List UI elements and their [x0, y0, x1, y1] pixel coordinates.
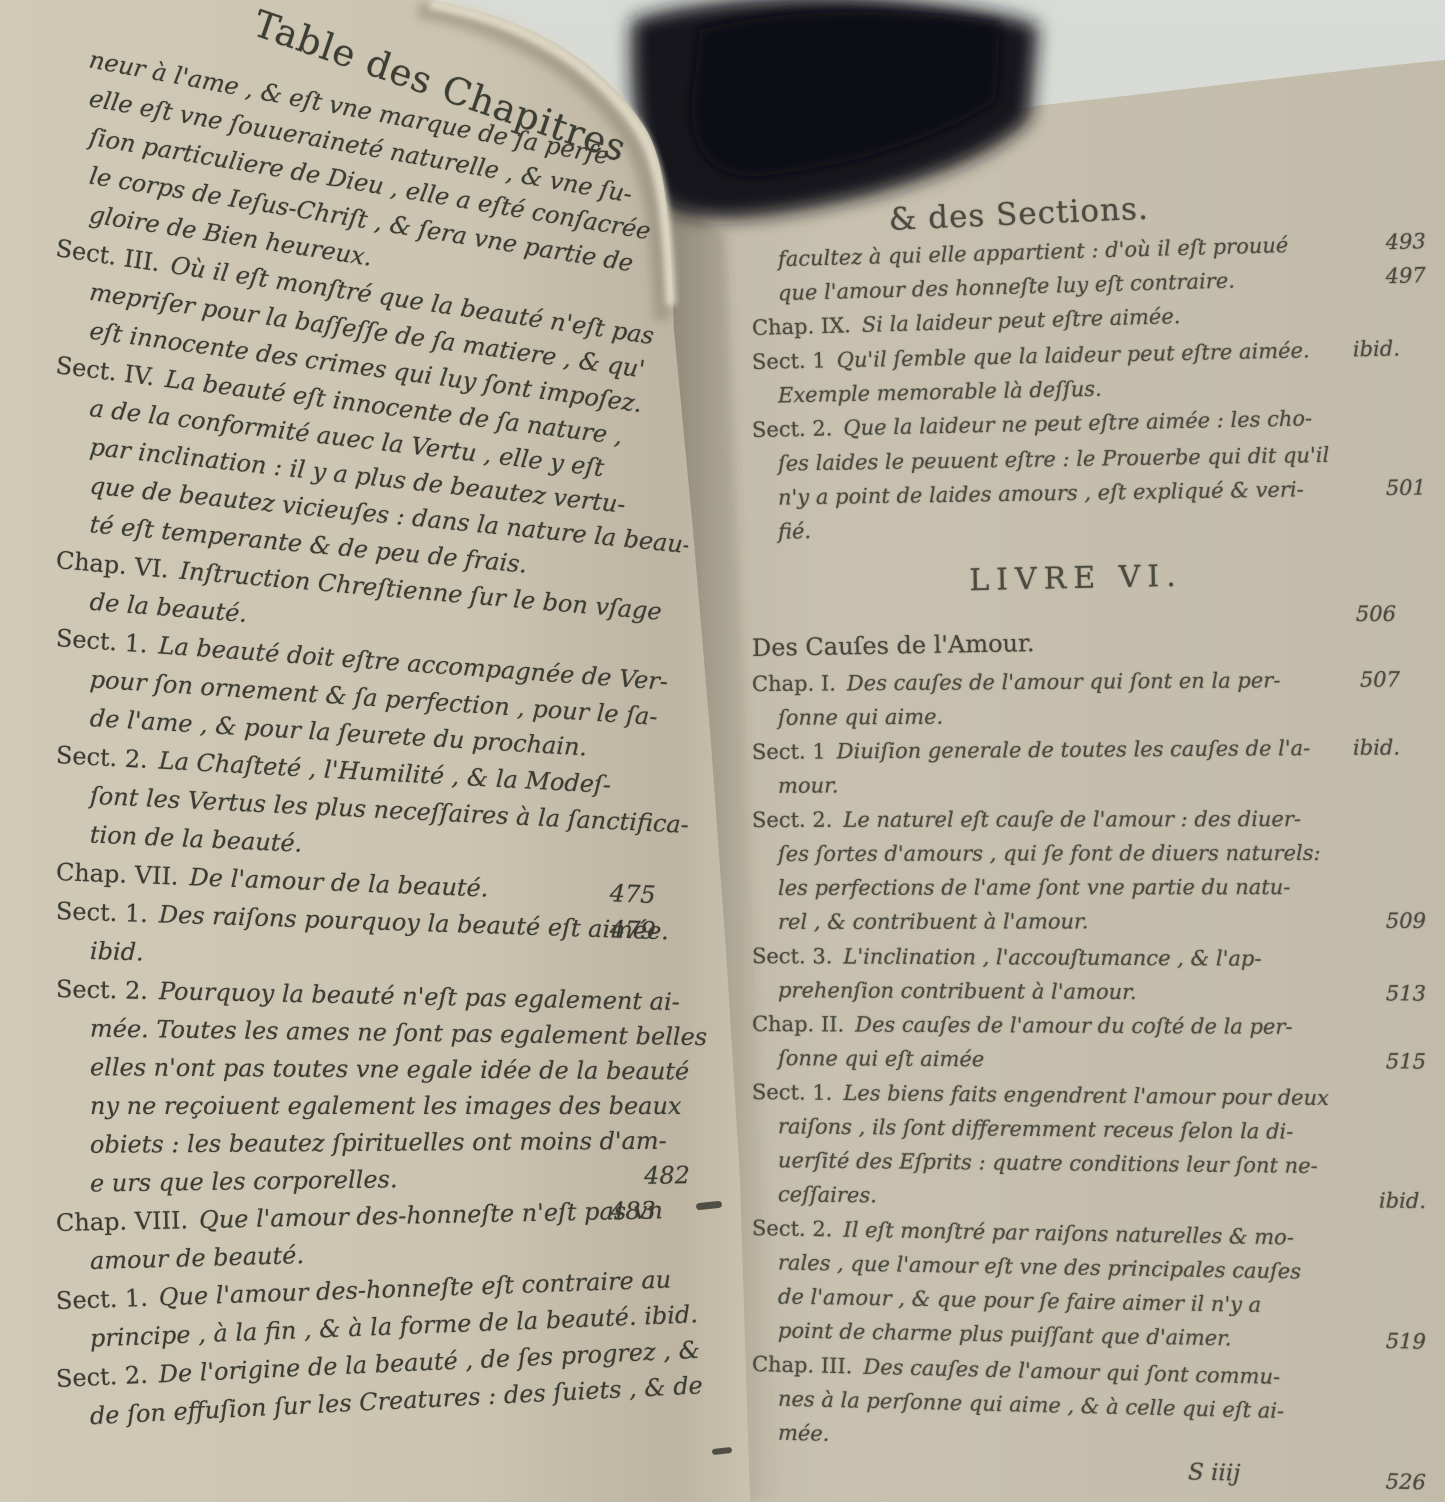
entry-text: ſonne qui eſt aimée: [778, 1046, 984, 1071]
entry-text: Exemple memorable là deſſus.: [778, 377, 1102, 408]
entry-text: Diuiſion generale de toutes les cauſes d…: [837, 736, 1311, 763]
entry-text: les perfections de l'ame ſont vne partie…: [778, 875, 1290, 900]
entry-page-number: 513: [1386, 976, 1426, 1010]
entry-label: Sect. 2.: [752, 808, 832, 832]
entry-text: mée. Toutes les ames ne ſont pas egaleme…: [90, 1014, 707, 1051]
book-photo: Table des Chapitres neur à l'ame , & eſt…: [0, 0, 1445, 1502]
toc-line: rel , & contribuent à l'amour.509: [752, 904, 1426, 939]
entry-text: obiets : les beautez ſpirituelles ont mo…: [90, 1127, 667, 1159]
toc-line: Sect. 2.Le naturel eſt cauſe de l'amour …: [752, 802, 1400, 837]
entry-text: L'inclination , l'accouſtumance , & l'ap…: [843, 944, 1261, 970]
entry-label: Sect. 1.: [752, 1080, 833, 1105]
entry-label: Sect. 2.: [55, 741, 148, 774]
entry-label: Chap. III.: [752, 1352, 853, 1378]
entry-label: Sect. IV.: [54, 351, 156, 391]
entry-text: uerſité des Eſprits : quatre conditions …: [778, 1148, 1318, 1178]
entry-page-number: 475: [609, 874, 656, 915]
toc-line: mour.: [752, 764, 1426, 803]
toc-line: prehenſion contribuent à l'amour.513: [752, 973, 1426, 1011]
entry-label: Sect. 2.: [752, 1216, 833, 1241]
ink-mark: [696, 1201, 723, 1211]
entry-label: Sect. 2.: [55, 1361, 148, 1393]
entry-page-number: 482: [644, 1156, 690, 1196]
entry-page-number: 509: [1386, 904, 1426, 938]
right-page-toc-top: facultez à qui elle appartient : d'où il…: [752, 243, 1400, 549]
entry-label: Sect. 1: [752, 348, 826, 374]
entry-label: Sect. 1.: [56, 897, 149, 928]
toc-line: Chap. I.Des cauſes de l'amour qui ſont e…: [752, 662, 1400, 701]
entry-text: Il eſt monſtré par raiſons naturelles & …: [843, 1218, 1294, 1250]
right-page-toc-bottom: Chap. I.Des cauſes de l'amour qui ſont e…: [752, 667, 1400, 1483]
toc-line: elles n'ont pas toutes vne egale idée de…: [56, 1048, 690, 1091]
entry-text: ny ne reçoiuent egalement les images des…: [90, 1092, 681, 1120]
ink-mark: [712, 1447, 733, 1455]
entry-text: Qu'il ſemble que la laideur peut eſtre a…: [836, 338, 1309, 372]
entry-text: mour.: [778, 773, 839, 797]
toc-line: Chap. II.Des cauſes de l'amour du coſté …: [752, 1007, 1400, 1044]
left-page-toc: neur à l'ame , & eſt vne marque de ſa pe…: [56, 34, 656, 1438]
entry-label: Sect. 2.: [56, 975, 148, 1005]
entry-label: Sect. 1: [752, 739, 826, 764]
entry-text: Le naturel eſt cauſe de l'amour : des di…: [843, 807, 1301, 832]
entry-text: fié.: [778, 519, 811, 544]
toc-line: ſonne qui aime.: [752, 696, 1426, 735]
entry-text: prehenſion contribuent à l'amour.: [778, 978, 1137, 1004]
entry-text: de la beauté.: [89, 588, 248, 628]
entry-page-number: ibid.: [1353, 331, 1401, 366]
entry-page-number: 519: [1386, 1324, 1427, 1359]
entry-label: Chap. VIII.: [56, 1206, 189, 1237]
entry-label: Chap. IX.: [752, 313, 851, 340]
entry-page-number: 515: [1386, 1044, 1426, 1078]
entry-label: Chap. II.: [752, 1012, 844, 1036]
gathering-signature: S iiij: [1188, 1459, 1241, 1486]
entry-text: rales , que l'amour eſt vne des principa…: [778, 1250, 1301, 1283]
entry-text: Des cauſes de l'amour qui ſont en la per…: [847, 668, 1281, 695]
entry-text: ſonne qui aime.: [778, 705, 943, 730]
entry-text: Que la laideur ne peut eſtre aimée : les…: [843, 406, 1312, 440]
entry-label: Chap. VII.: [55, 858, 179, 891]
entry-page-number: 479: [609, 910, 656, 950]
entry-text: n'y a point de laides amours , eſt expli…: [778, 477, 1304, 509]
entry-text: point de charme plus puiſſant que d'aime…: [778, 1318, 1232, 1350]
entry-label: Sect. 2.: [752, 416, 833, 442]
entry-text: tion de la beauté.: [89, 820, 303, 857]
entry-page-number: 497: [1385, 258, 1426, 293]
entry-page-number: 483: [610, 1191, 657, 1231]
entry-page-number: 493: [1385, 224, 1426, 259]
entry-page-number: ibid.: [1353, 730, 1400, 764]
entry-text: De l'amour de la beauté.: [189, 863, 489, 902]
entry-text: amour de beauté.: [90, 1241, 305, 1275]
entry-text: Les biens faits engendrent l'amour pour …: [843, 1081, 1329, 1110]
entry-text: ceſſaires.: [778, 1182, 877, 1207]
toc-line: ſes ſortes d'amours , qui ſe font de diu…: [752, 836, 1426, 871]
entry-text: Des cauſes de l'amour qui ſont commu-: [863, 1355, 1280, 1389]
entry-label: Sect. 1.: [55, 624, 149, 658]
entry-text: rel , & contribuent à l'amour.: [778, 909, 1088, 934]
entry-text: de l'amour , & que pour ſe faire aimer i…: [778, 1284, 1262, 1316]
entry-text: Si la laideur peut eſtre aimée.: [861, 304, 1180, 337]
entry-page-number: 501: [1386, 470, 1427, 505]
book-part-heading: LIVRE VI.: [752, 552, 1401, 606]
entry-label: Sect. 3.: [752, 944, 833, 968]
entry-text: ſes ſortes d'amours , qui ſe font de diu…: [778, 841, 1321, 866]
entry-text: ſes laides le peuuent eſtre : le Prouerb…: [778, 443, 1330, 476]
entry-text: raiſons , ils ſont differemment receus ſ…: [778, 1114, 1294, 1143]
right-page: facultez à qui elle appartient : d'où il…: [752, 243, 1400, 1493]
entry-page-number: 526: [1385, 1464, 1426, 1499]
toc-line: les perfections de l'ame ſont vne partie…: [752, 870, 1426, 905]
entry-text: ibid.: [90, 937, 144, 966]
entry-label: Sect. 1.: [55, 1284, 148, 1315]
toc-line: ſonne qui eſt aimée515: [752, 1041, 1426, 1079]
entry-text: e urs que les corporelles.: [90, 1165, 398, 1197]
entry-page-number: 507: [1360, 662, 1400, 696]
entry-text: elles n'ont pas toutes vne egale idée de…: [90, 1053, 689, 1085]
entry-text: mée.: [778, 1421, 830, 1446]
toc-line: Sect. 1Diuiſion generale de toutes les c…: [752, 730, 1400, 769]
entry-label: Chap. VI.: [55, 546, 170, 584]
entry-page-number: ibid.: [1379, 1184, 1426, 1218]
toc-line: ny ne reçoiuent egalement les images des…: [56, 1087, 690, 1126]
entry-text: Des cauſes de l'amour du coſté de la per…: [855, 1013, 1292, 1039]
entry-text: Pourquoy la beauté n'eſt pas egalement a…: [159, 977, 680, 1016]
entry-label: Chap. I.: [752, 671, 836, 696]
toc-line: Sect. 3.L'inclination , l'accouſtumance …: [752, 939, 1400, 976]
